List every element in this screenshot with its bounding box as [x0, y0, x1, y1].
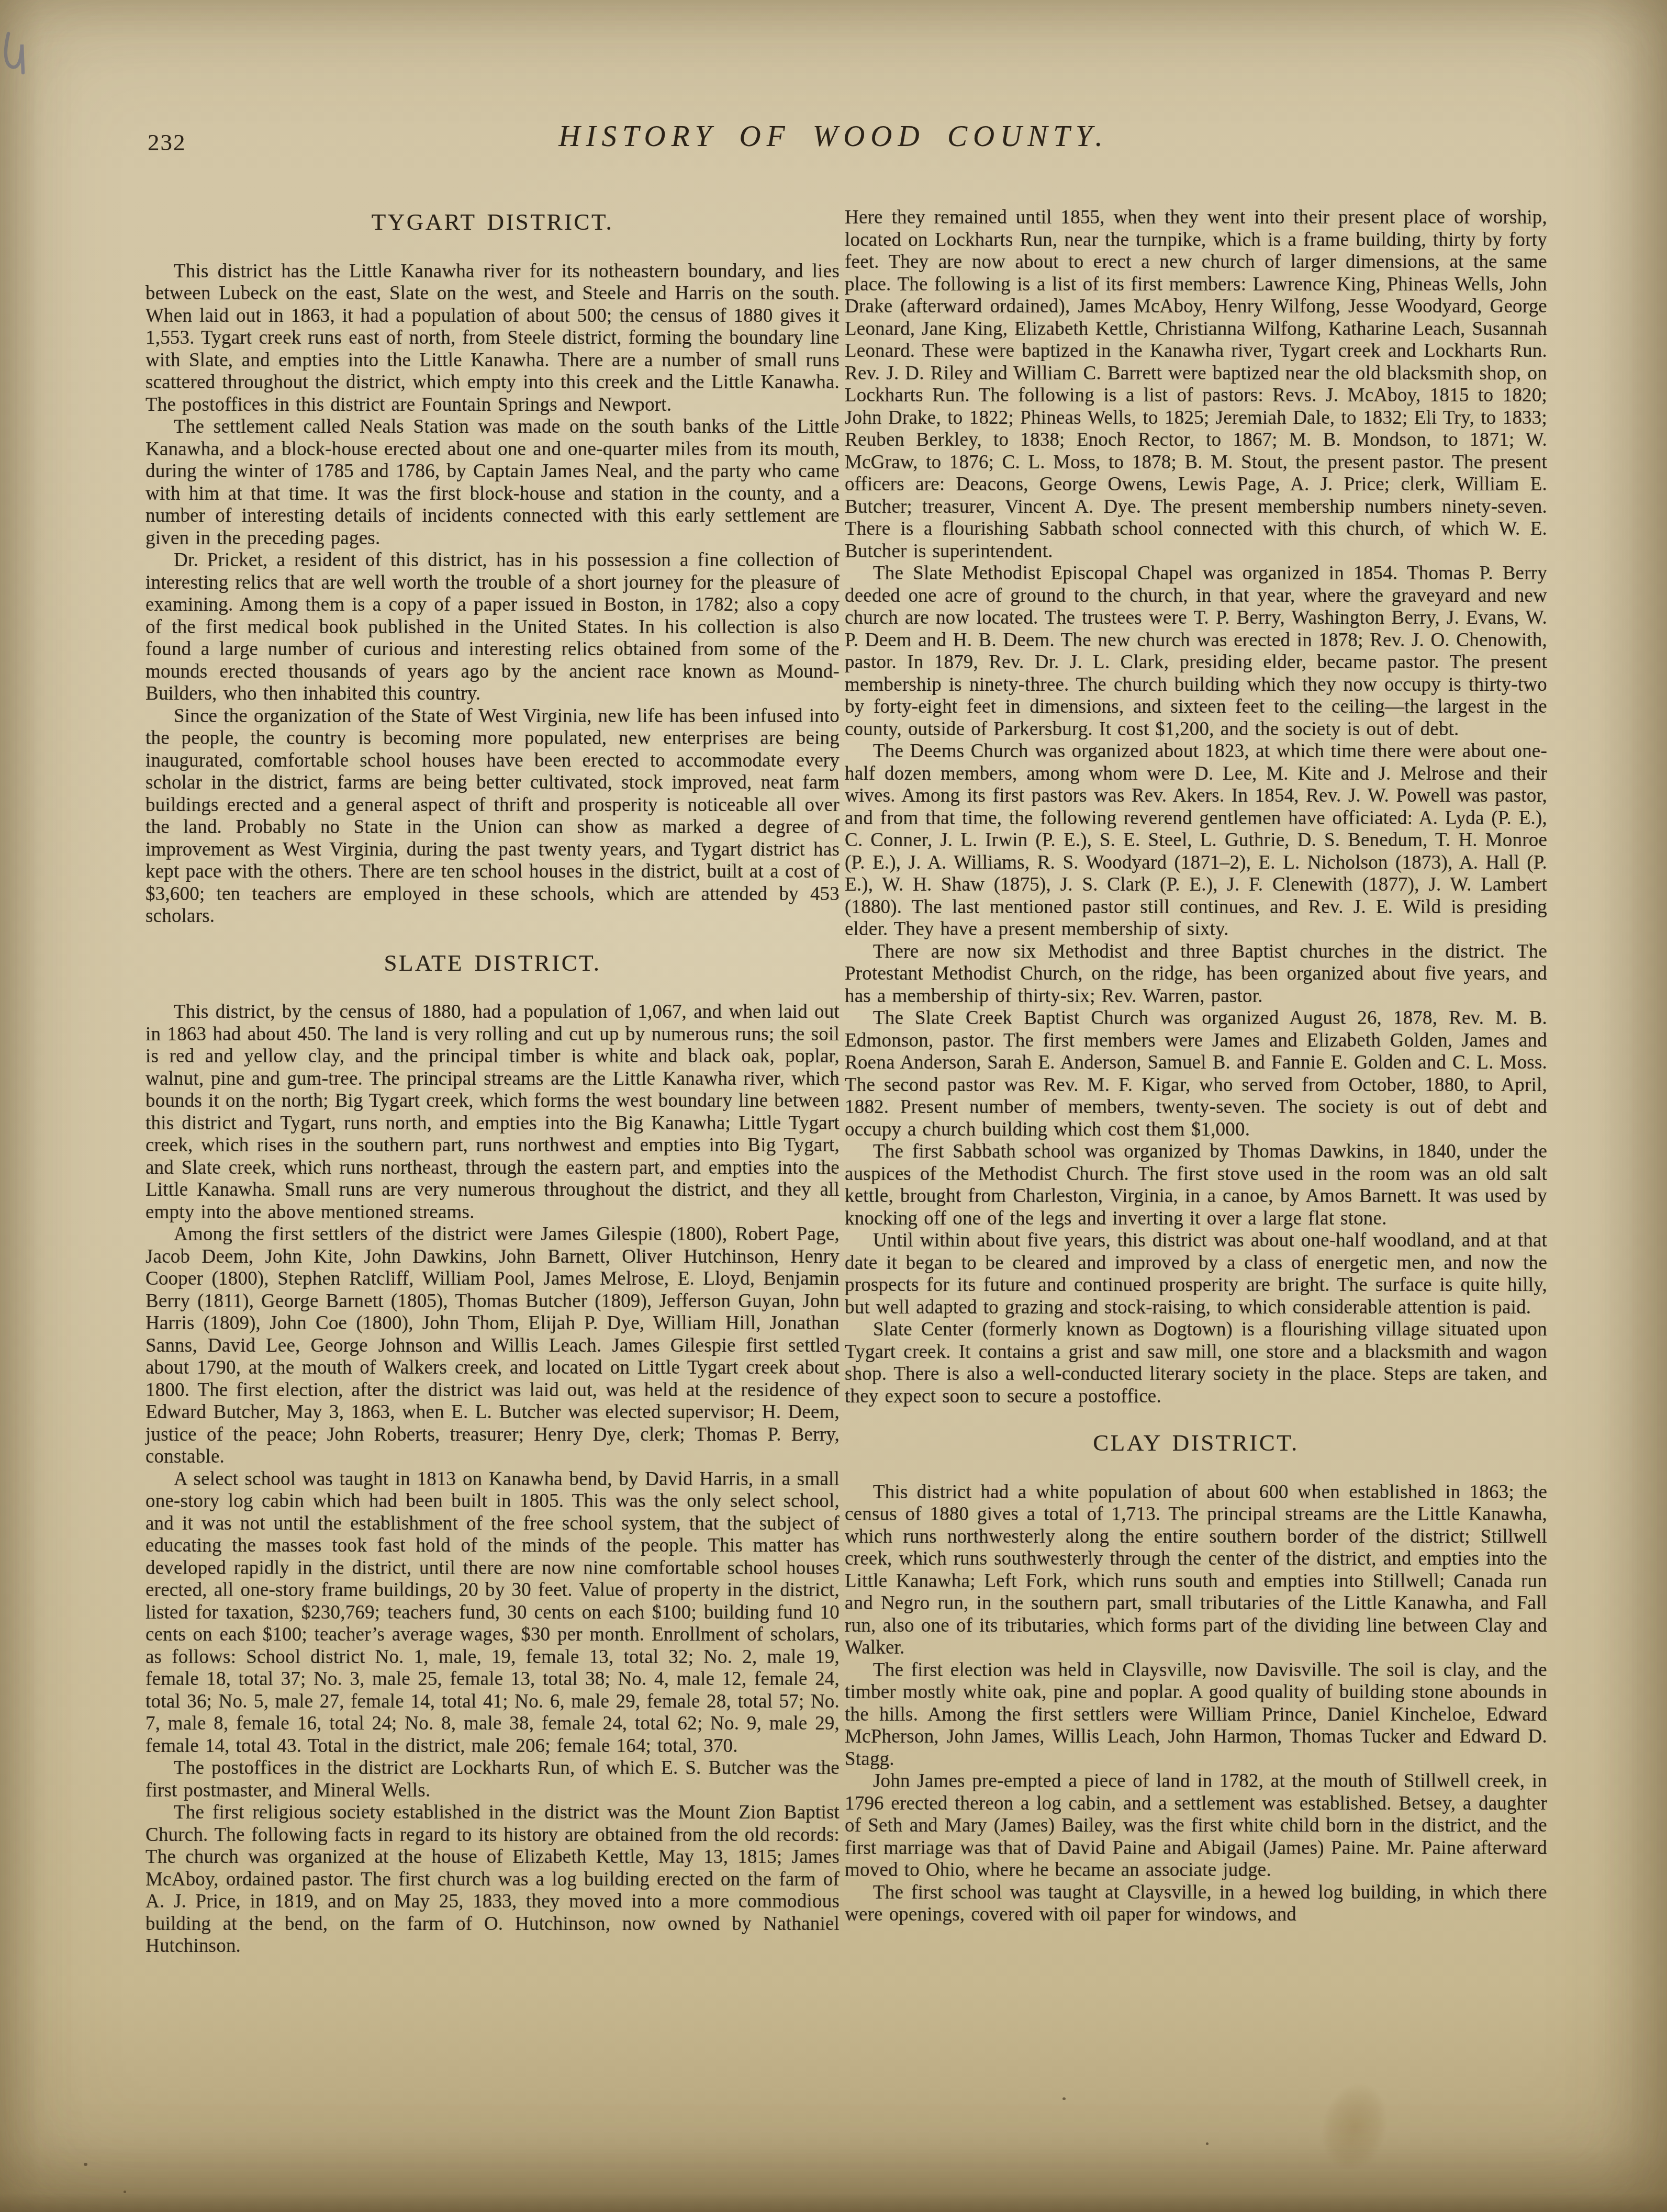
page-header: 232 HISTORY OF WOOD COUNTY. [0, 119, 1667, 166]
paragraph: This district has the Little Kanawha riv… [146, 261, 840, 417]
paragraph: The first religious society established … [146, 1802, 840, 1958]
paper-stain [1314, 2078, 1395, 2176]
paragraph: This district had a white population of … [845, 1481, 1547, 1659]
paragraph: The postoffices in the district are Lock… [146, 1757, 840, 1802]
right-column: Here they remained until 1855, when they… [845, 207, 1547, 1926]
paper-speck [1206, 2142, 1209, 2145]
paragraph: Since the organization of the State of W… [146, 705, 840, 928]
paragraph: This district, by the census of 1880, ha… [146, 1001, 840, 1223]
left-column: TYGART DISTRICT.This district has the Li… [146, 207, 840, 1958]
paragraph: Until within about five years, this dist… [845, 1230, 1547, 1319]
pencil-mark-icon [1, 24, 39, 83]
paragraph: Among the first settlers of the district… [146, 1223, 840, 1468]
paragraph: John James pre-empted a piece of land in… [845, 1770, 1547, 1882]
paper-speck [124, 2191, 126, 2193]
paragraph: Here they remained until 1855, when they… [845, 207, 1547, 563]
paragraph: The first Sabbath school was organized b… [845, 1141, 1547, 1230]
paragraph: Dr. Pricket, a resident of this district… [146, 549, 840, 705]
section-heading: CLAY DISTRICT. [845, 1432, 1547, 1454]
book-page-scan: 232 HISTORY OF WOOD COUNTY. TYGART DISTR… [0, 0, 1667, 2212]
paragraph: The Slate Methodist Episcopal Chapel was… [845, 563, 1547, 740]
paragraph: The Slate Creek Baptist Church was organ… [845, 1007, 1547, 1141]
section-heading: SLATE DISTRICT. [146, 952, 840, 974]
paper-speck [84, 2163, 87, 2166]
paragraph: The Deems Church was organized about 182… [845, 740, 1547, 941]
paragraph: Slate Center (formerly known as Dogtown)… [845, 1319, 1547, 1408]
page-number: 232 [148, 129, 186, 156]
page-bottom-shadow [0, 2193, 1667, 2212]
paragraph: There are now six Methodist and three Ba… [845, 941, 1547, 1008]
running-head-title: HISTORY OF WOOD COUNTY. [0, 119, 1667, 153]
paragraph: The first election was held in Claysvill… [845, 1659, 1547, 1771]
section-heading: TYGART DISTRICT. [146, 211, 840, 233]
paragraph: The settlement called Neals Station was … [146, 416, 840, 549]
paper-speck [1062, 2097, 1066, 2100]
paragraph: The first school was taught at Claysvill… [845, 1882, 1547, 1926]
paragraph: A select school was taught in 1813 on Ka… [146, 1468, 840, 1758]
